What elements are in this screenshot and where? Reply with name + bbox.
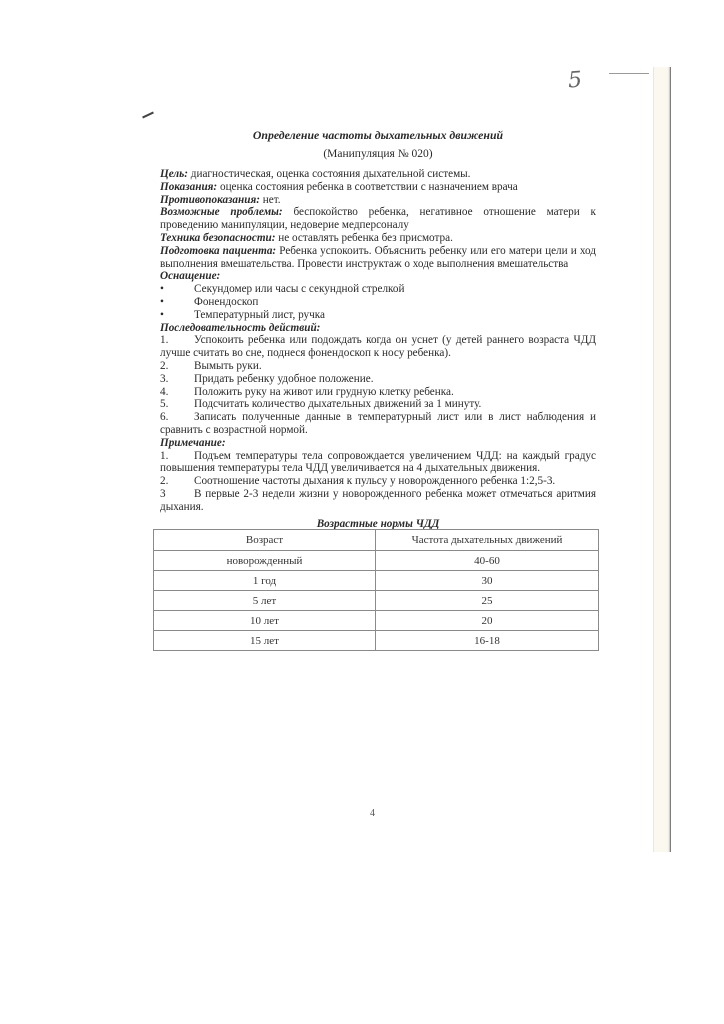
field-patient-preparation: Подготовка пациента: Ребенка успокоить. … [160, 245, 596, 271]
page-number: 4 [370, 808, 375, 819]
equipment-list: •Секундомер или часы с секундной стрелко… [160, 283, 596, 321]
cell-age: 15 лет [154, 631, 376, 651]
scan-page-edge-line [653, 67, 654, 852]
pen-mark [142, 112, 154, 119]
bullet-icon: • [160, 309, 194, 322]
list-item: •Секундомер или часы с секундной стрелко… [160, 283, 596, 296]
field-possible-problems: Возможные проблемы: беспокойство ребенка… [160, 206, 596, 232]
table-row: новорожденный 40-60 [154, 551, 599, 571]
cell-rate: 30 [376, 571, 599, 591]
table-row: 10 лет 20 [154, 611, 599, 631]
bullet-icon: • [160, 296, 194, 309]
cell-rate: 25 [376, 591, 599, 611]
field-indications: Показания: оценка состояния ребенка в со… [160, 181, 596, 194]
norms-table: Возраст Частота дыхательных движений нов… [153, 529, 599, 651]
equipment-heading: Оснащение: [160, 270, 596, 283]
list-item: 4.Положить руку на живот или грудную кле… [160, 386, 596, 399]
cell-age: новорожденный [154, 551, 376, 571]
notes-list: 1.Подъем температуры тела сопровождается… [160, 450, 596, 514]
list-item: 3.Придать ребенку удобное положение. [160, 373, 596, 386]
scan-page-edge [653, 67, 671, 852]
column-header-rate: Частота дыхательных движений [376, 530, 599, 551]
cell-age: 1 год [154, 571, 376, 591]
list-item: 3В первые 2-3 недели жизни у новорожденн… [160, 488, 596, 514]
list-item: 5.Подсчитать количество дыхательных движ… [160, 398, 596, 411]
field-goal: Цель: диагностическая, оценка состояния … [160, 168, 596, 181]
steps-heading: Последовательность действий: [160, 322, 596, 335]
cell-age: 5 лет [154, 591, 376, 611]
table-header-row: Возраст Частота дыхательных движений [154, 530, 599, 551]
list-item: •Температурный лист, ручка [160, 309, 596, 322]
steps-list: 1.Успокоить ребенка или подождать когда … [160, 334, 596, 436]
document-body: Определение частоты дыхательных движений… [160, 127, 596, 534]
column-header-age: Возраст [154, 530, 376, 551]
table-row: 5 лет 25 [154, 591, 599, 611]
list-item: 2.Вымыть руки. [160, 360, 596, 373]
field-contraindications: Противопоказания: нет. [160, 194, 596, 207]
table-row: 15 лет 16-18 [154, 631, 599, 651]
cell-rate: 40-60 [376, 551, 599, 571]
document-subtitle: (Манипуляция № 020) [160, 146, 596, 162]
cell-rate: 20 [376, 611, 599, 631]
handwritten-page-mark: 5 [567, 68, 583, 94]
bullet-icon: • [160, 283, 194, 296]
field-safety: Техника безопасности: не оставлять ребен… [160, 232, 596, 245]
list-item: •Фонендоскоп [160, 296, 596, 309]
cell-age: 10 лет [154, 611, 376, 631]
list-item: 2.Соотношение частоты дыхания к пульсу у… [160, 475, 596, 488]
fields-section: Цель: диагностическая, оценка состояния … [160, 168, 596, 270]
scan-edge-top-line [609, 73, 649, 74]
notes-heading: Примечание: [160, 437, 596, 450]
list-item: 1.Успокоить ребенка или подождать когда … [160, 334, 596, 360]
table-row: 1 год 30 [154, 571, 599, 591]
document-title: Определение частоты дыхательных движений [160, 127, 596, 143]
list-item: 6.Записать полученные данные в температу… [160, 411, 596, 437]
cell-rate: 16-18 [376, 631, 599, 651]
list-item: 1.Подъем температуры тела сопровождается… [160, 450, 596, 476]
